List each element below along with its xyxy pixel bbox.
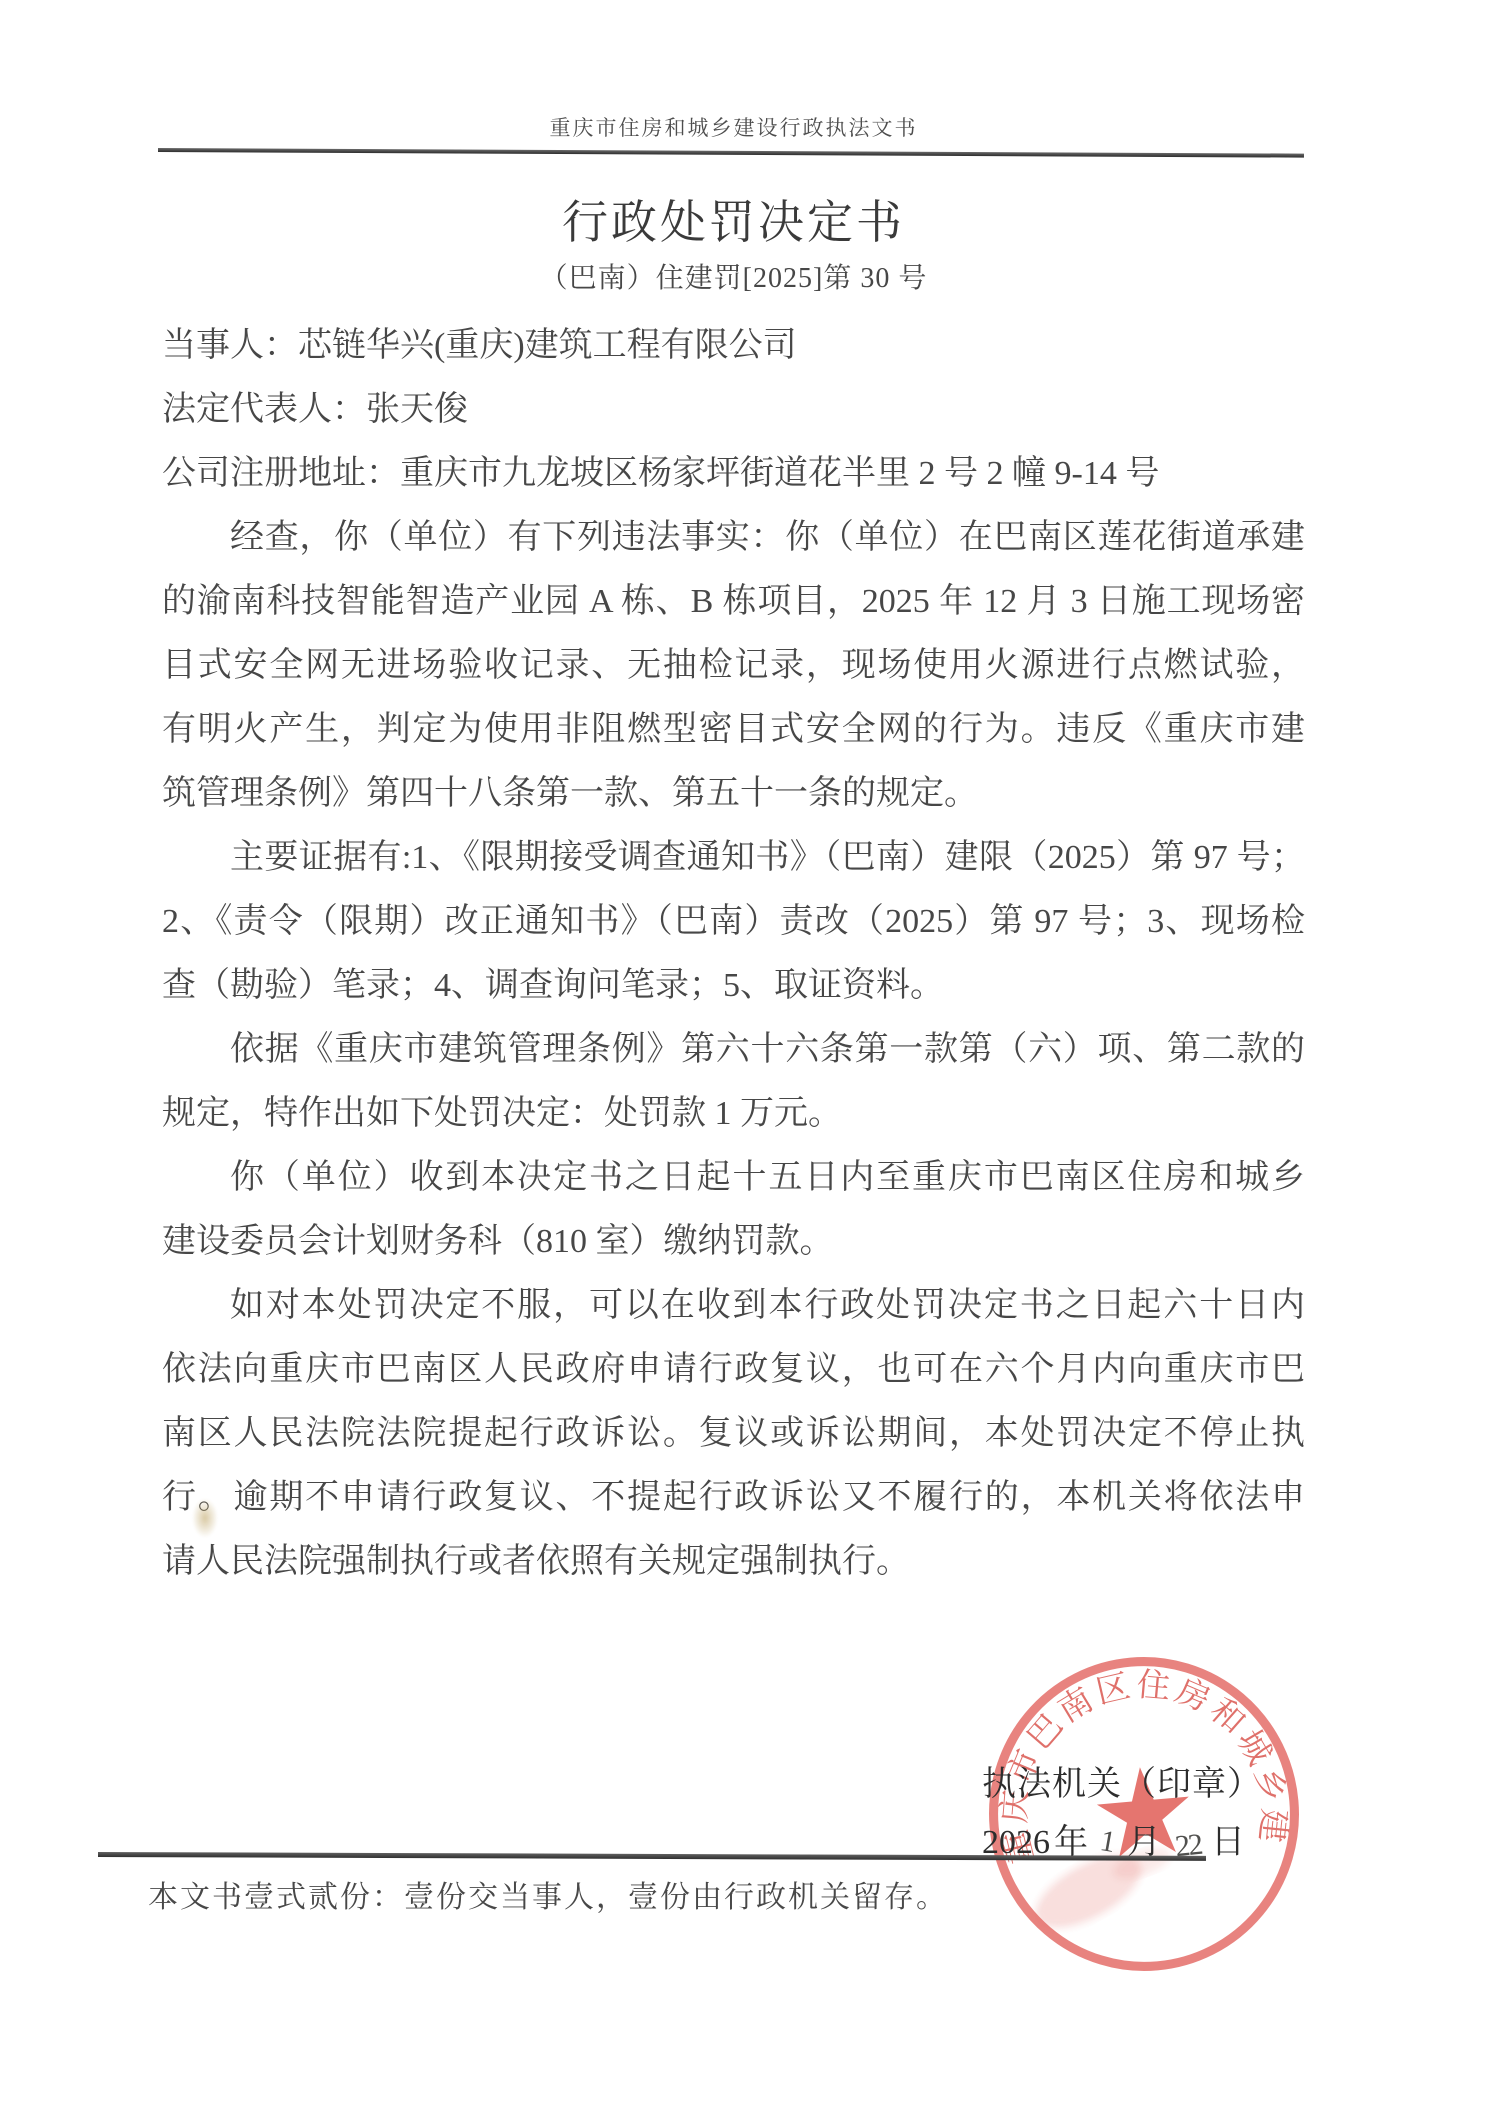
body-line: 主要证据有:1、《限期接受调查通知书》（巴南）建限（2025）第 97 号； — [162, 826, 1305, 890]
document-body: 当事人：芯链华兴(重庆)建筑工程有限公司法定代表人：张天俊公司注册地址：重庆市九… — [162, 314, 1305, 1594]
document-title: 行政处罚决定书 — [162, 186, 1305, 252]
body-line: 请人民法院强制执行或者依照有关规定强制执行。 — [162, 1530, 1305, 1594]
handwritten-month: 1 — [1098, 1824, 1119, 1860]
header-divider — [158, 148, 1304, 158]
date-month-unit: 月 — [1127, 1824, 1161, 1861]
document-category-label: 重庆市住房和城乡建设行政执法文书 — [162, 112, 1305, 142]
body-line: 查（勘验）笔录；4、调查询问笔录；5、取证资料。 — [162, 954, 1305, 1018]
body-line: 规定，特作出如下处罚决定：处罚款 1 万元。 — [162, 1082, 1305, 1146]
issuing-authority-label: 执法机关（印章） — [982, 1756, 1262, 1805]
body-line: 南区人民法院法院提起行政诉讼。复议或诉讼期间，本处罚决定不停止执 — [162, 1402, 1305, 1466]
body-line: 经查，你（单位）有下列违法事实：你（单位）在巴南区莲花街道承建 — [162, 506, 1305, 570]
body-line: 行。逾期不申请行政复议、不提起行政诉讼又不履行的，本机关将依法申 — [162, 1466, 1305, 1530]
body-line: 2、《责令（限期）改正通知书》（巴南）责改（2025）第 97 号；3、现场检 — [162, 890, 1305, 954]
body-line: 依据《重庆市建筑管理条例》第六十六条第一款第（六）项、第二款的 — [162, 1018, 1305, 1082]
body-line: 有明火产生，判定为使用非阻燃型密目式安全网的行为。违反《重庆市建 — [162, 698, 1305, 762]
document-number: （巴南）住建罚[2025]第 30 号 — [162, 256, 1305, 296]
body-line: 你（单位）收到本决定书之日起十五日内至重庆市巴南区住房和城乡 — [162, 1146, 1305, 1210]
date-year-unit: 年 — [1054, 1824, 1088, 1861]
copies-note: 本文书壹式贰份：壹份交当事人，壹份由行政机关留存。 — [148, 1872, 948, 1916]
handwritten-day: 22 — [1174, 1828, 1203, 1865]
body-line: 当事人：芯链华兴(重庆)建筑工程有限公司 — [162, 314, 1305, 378]
body-line: 如对本处罚决定不服，可以在收到本行政处罚决定书之日起六十日内 — [162, 1274, 1305, 1338]
body-line: 法定代表人：张天俊 — [162, 378, 1305, 442]
body-line: 建设委员会计划财务科（810 室）缴纳罚款。 — [162, 1210, 1305, 1274]
body-line: 公司注册地址：重庆市九龙坡区杨家坪街道花半里 2 号 2 幢 9-14 号 — [162, 442, 1305, 506]
date-day-unit: 日 — [1211, 1824, 1245, 1861]
body-line: 筑管理条例》第四十八条第一款、第五十一条的规定。 — [162, 762, 1305, 826]
body-line: 目式安全网无进场验收记录、无抽检记录，现场使用火源进行点燃试验， — [162, 634, 1305, 698]
body-line: 的渝南科技智能智造产业园 A 栋、B 栋项目，2025 年 12 月 3 日施工… — [162, 570, 1305, 634]
body-line: 依法向重庆市巴南区人民政府申请行政复议，也可在六个月内向重庆市巴 — [162, 1338, 1305, 1402]
document-page: 重庆市住房和城乡建设行政执法文书 行政处罚决定书 （巴南）住建罚[2025]第 … — [0, 0, 1488, 2104]
decision-date: 2026年1月22日 — [982, 1814, 1249, 1863]
paper-smudge — [192, 1498, 218, 1538]
date-year: 2026 — [982, 1824, 1050, 1861]
